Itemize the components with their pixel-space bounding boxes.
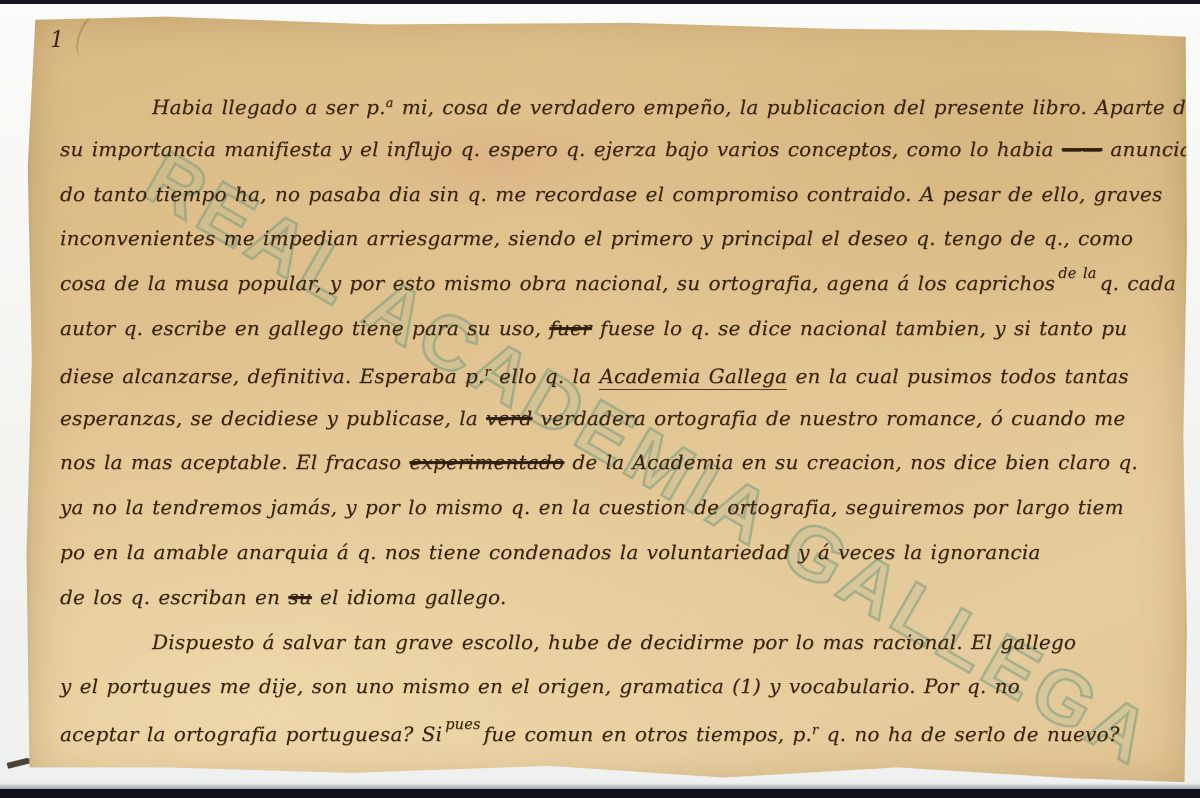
manuscript-segment: ya no la tendremos jamás, y por lo mismo… — [60, 495, 1124, 519]
manuscript-segment-strike: fuer — [549, 316, 591, 340]
scan-edge-bottom — [0, 789, 1200, 798]
manuscript-segment: autor q. escribe en gallego tiene para s… — [60, 316, 549, 340]
manuscript-segment: esperanzas, se decidiese y publicase, la — [60, 406, 486, 430]
manuscript-segment: en la cual pusimos todos tantas — [787, 364, 1128, 388]
manuscript-segment-insert: pues — [445, 703, 480, 748]
manuscript-segment: de la Academia en su creacion, nos dice … — [564, 450, 1138, 474]
manuscript-line: diese alcanzarse, definitiva. Esperaba p… — [60, 351, 1170, 396]
manuscript-segment: mi, cosa de verdadero empeño, la publica… — [394, 95, 1198, 119]
manuscript-segment: Dispuesto á salvar tan grave escollo, hu… — [152, 630, 1076, 654]
manuscript-segment: nos la mas aceptable. El fracaso — [60, 450, 409, 474]
manuscript-line: cosa de la musa popular, y por esto mism… — [60, 261, 1170, 306]
manuscript-line: do tanto tiempo ha, no pasaba dia sin q.… — [60, 172, 1170, 217]
manuscript-segment: diese alcanzarse, definitiva. Esperaba p… — [60, 364, 485, 388]
scan-edge-top — [0, 0, 1200, 4]
pen-flourish-mark — [69, 6, 134, 73]
manuscript-sheet: 1 REAL ACADEMIA GALLEGA Habia llegado a … — [26, 12, 1188, 786]
scanned-document-page: 1 REAL ACADEMIA GALLEGA Habia llegado a … — [0, 0, 1200, 798]
manuscript-segment: y el portugues me dije, son uno mismo en… — [60, 674, 1020, 698]
page-number: 1 — [50, 28, 64, 53]
manuscript-segment: de los q. escriban en — [60, 585, 288, 609]
manuscript-line: po en la amable anarquia á q. nos tiene … — [60, 530, 1170, 575]
manuscript-segment-underline: Academia Gallega — [599, 364, 787, 390]
stray-ink-mark — [7, 757, 32, 769]
manuscript-segment: verdadera ortografia de nuestro romance,… — [532, 406, 1125, 430]
manuscript-line: y el portugues me dije, son uno mismo en… — [60, 664, 1170, 709]
manuscript-segment-sup: a — [386, 96, 394, 111]
manuscript-segment: do tanto tiempo ha, no pasaba dia sin q.… — [60, 182, 1162, 206]
manuscript-segment-strike: —— — [1062, 137, 1102, 161]
manuscript-line: aceptar la ortografia portuguesa? Sipues… — [60, 709, 1170, 754]
manuscript-line: Habia llegado a ser p.a mi, cosa de verd… — [60, 82, 1170, 127]
manuscript-line: Dispuesto á salvar tan grave escollo, hu… — [60, 620, 1170, 665]
manuscript-segment: cosa de la musa popular, y por esto mism… — [60, 271, 1055, 295]
manuscript-line: su importancia manifiesta y el influjo q… — [60, 127, 1170, 172]
manuscript-segment: ello q. la — [491, 364, 599, 388]
manuscript-segment-insert: de la — [1058, 252, 1096, 297]
manuscript-body: Habia llegado a ser p.a mi, cosa de verd… — [60, 82, 1170, 754]
manuscript-segment: q. no ha de serlo de nuevo? — [818, 722, 1119, 746]
manuscript-segment: fue comun en otros tiempos, p. — [484, 722, 812, 746]
manuscript-line: nos la mas aceptable. El fracaso experim… — [60, 440, 1170, 485]
manuscript-segment: inconvenientes me impedian arriesgarme, … — [60, 226, 1133, 250]
manuscript-segment: po en la amable anarquia á q. nos tiene … — [60, 540, 1041, 564]
manuscript-segment: Habia llegado a ser p. — [152, 95, 386, 119]
manuscript-line: inconvenientes me impedian arriesgarme, … — [60, 216, 1170, 261]
manuscript-lines: Habia llegado a ser p.a mi, cosa de verd… — [60, 82, 1170, 754]
manuscript-segment: aceptar la ortografia portuguesa? Si — [60, 722, 442, 746]
manuscript-segment-strike: experimentado — [409, 450, 564, 474]
manuscript-segment: q. cada — [1100, 271, 1176, 295]
manuscript-segment: el idioma gallego. — [312, 585, 507, 609]
manuscript-segment-strike: su — [288, 585, 312, 609]
manuscript-line: esperanzas, se decidiese y publicase, la… — [60, 396, 1170, 441]
manuscript-segment: anuncia — [1102, 137, 1192, 161]
manuscript-segment: su importancia manifiesta y el influjo q… — [60, 137, 1062, 161]
manuscript-segment: fuese lo q. se dice nacional tambien, y … — [592, 316, 1128, 340]
manuscript-segment-strike: verd — [486, 406, 532, 430]
manuscript-line: de los q. escriban en su el idioma galle… — [60, 575, 1170, 620]
manuscript-line: autor q. escribe en gallego tiene para s… — [60, 306, 1170, 351]
manuscript-line: ya no la tendremos jamás, y por lo mismo… — [60, 485, 1170, 530]
